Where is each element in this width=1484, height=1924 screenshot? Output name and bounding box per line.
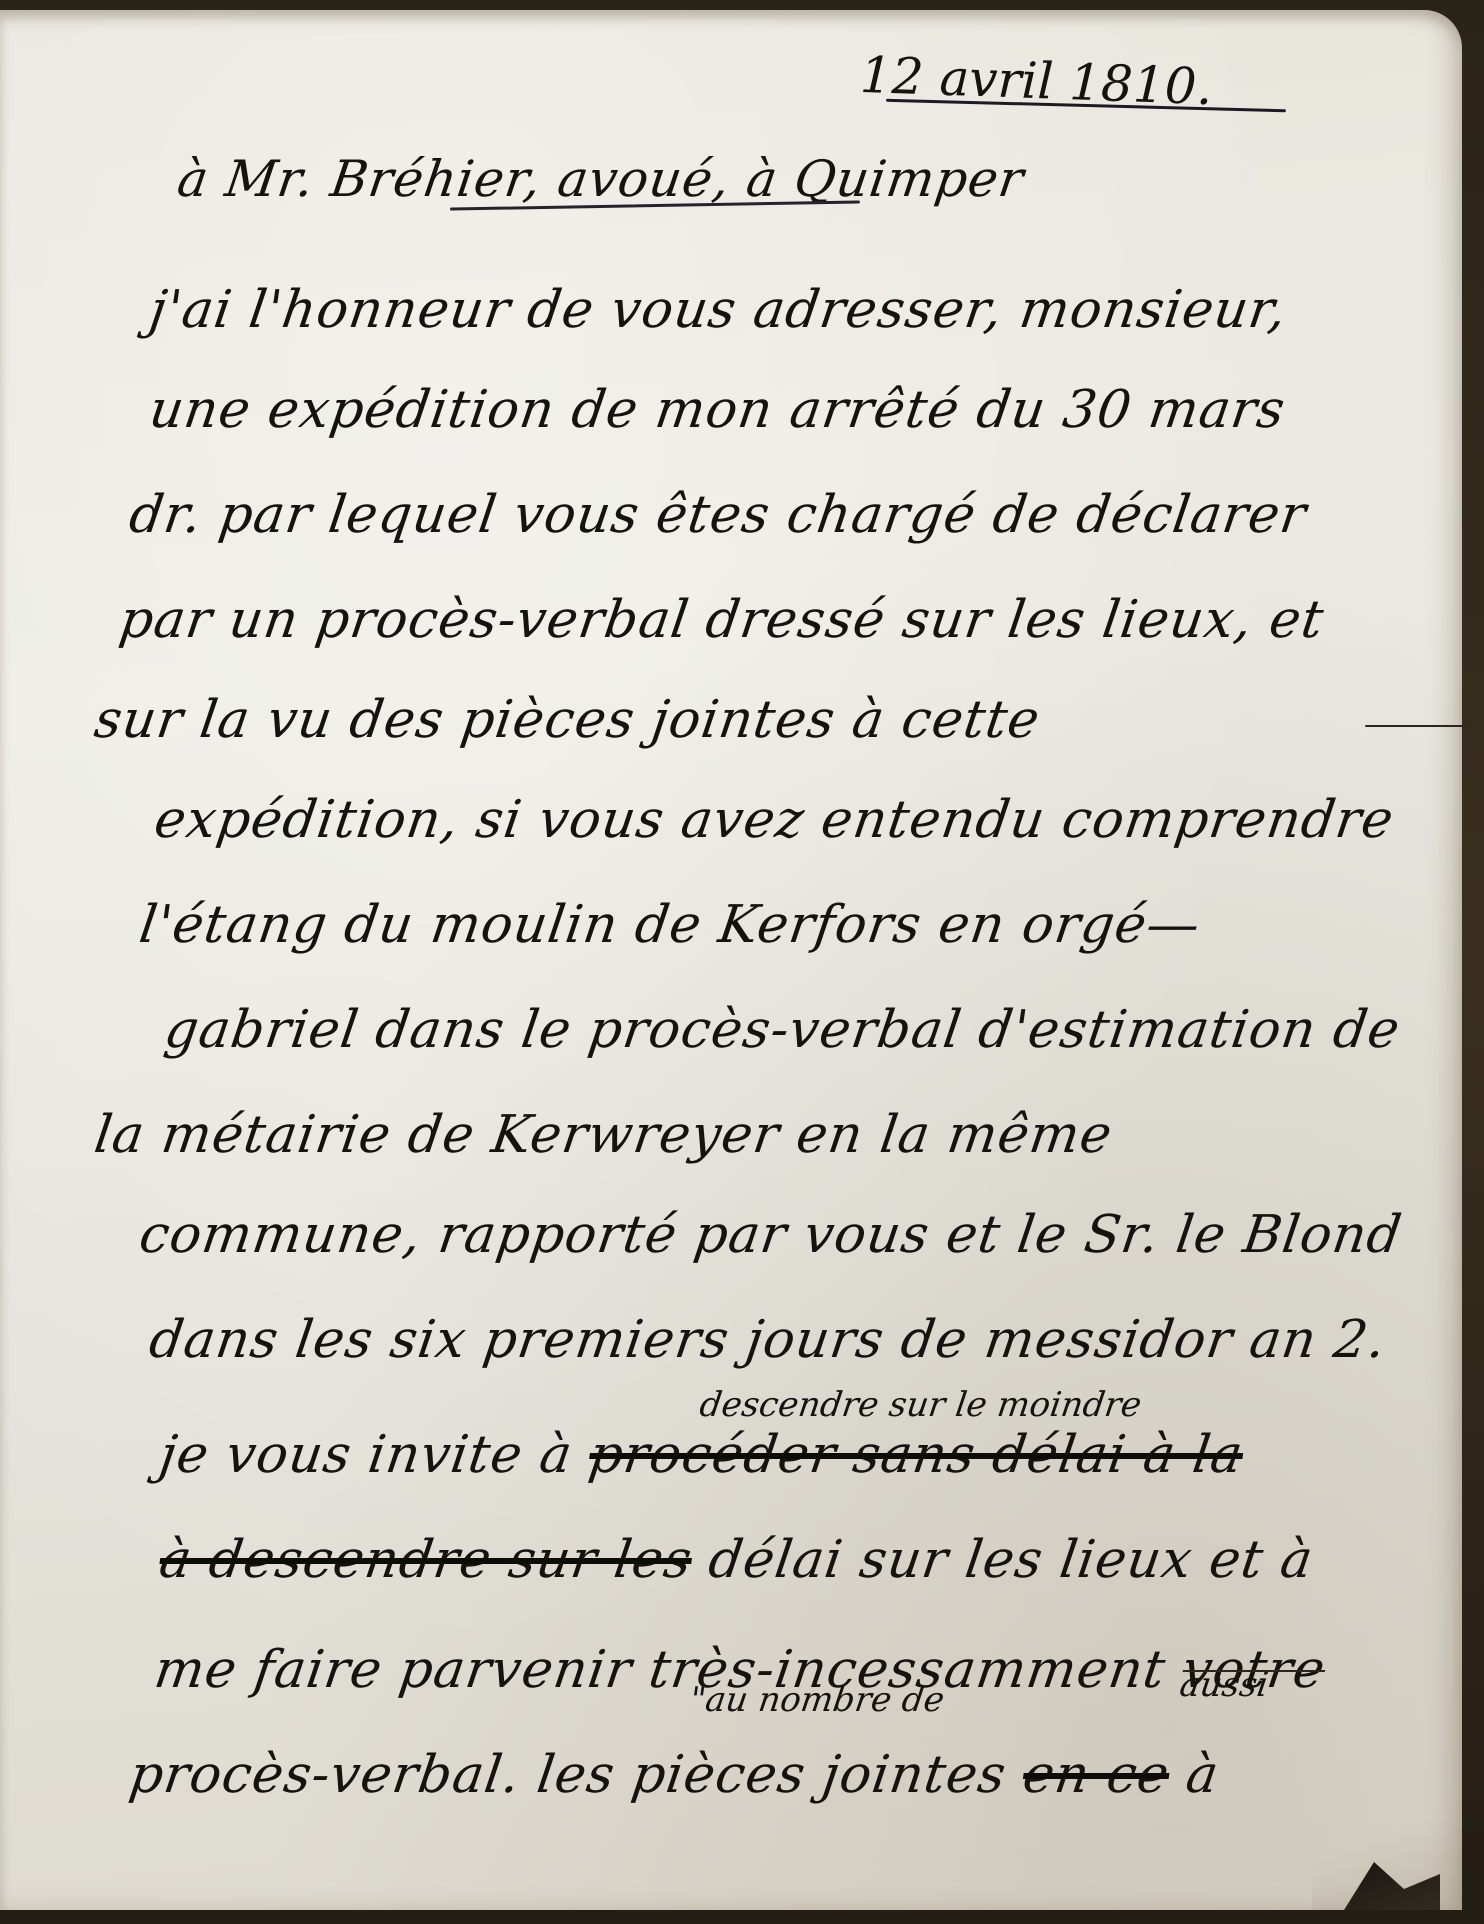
body-line-15-text: procès-verbal. les pièces [126,1745,810,1805]
insertion-aussi: aussi [1177,1665,1271,1705]
body-line-12-text: je vous invite à [156,1425,577,1485]
address-line: à Mr. Bréhier, avoué, à Quimper [174,150,1028,208]
line-end-dash [1365,725,1465,727]
body-line-15: procès-verbal. les pièces jointes en ce … [126,1745,1223,1805]
body-line-6: expédition, si vous avez entendu compren… [151,790,1398,850]
insertion-descendre: descendre sur le moindre [697,1385,1144,1425]
body-line-2: une expédition de mon arrêté du 30 mars [146,380,1289,440]
body-line-5: sur la vu des pièces jointes à cette [91,690,1044,750]
body-line-15-end: à [1182,1745,1222,1805]
body-line-1: j'ai l'honneur de vous adresser, monsieu… [146,280,1291,340]
body-line-3: dr. par lequel vous êtes chargé de décla… [126,485,1311,545]
body-line-7: l'étang du moulin de Kerfors en orgé— [136,895,1204,955]
body-line-10: commune, rapporté par vous et le Sr. le … [136,1205,1406,1265]
insertion-au-nombre-de: "au nombre de [687,1680,947,1720]
handwritten-letter: 12 avril 1810. à Mr. Bréhier, avoué, à Q… [0,0,1462,1900]
body-line-4: par un procès-verbal dressé sur les lieu… [116,590,1328,650]
body-line-12: je vous invite à procéder sans délai à l… [156,1425,1247,1485]
body-line-15-text-after: jointes [819,1745,1010,1805]
body-line-13-text: délai sur les lieux et à [705,1530,1317,1590]
body-line-11: dans les six premiers jours de messidor … [146,1310,1390,1370]
struck-text: à descendre sur les [156,1530,696,1590]
struck-text: en ce [1019,1745,1173,1805]
struck-text: procéder sans délai à la [585,1425,1247,1485]
body-line-13: à descendre sur les délai sur les lieux … [156,1530,1317,1590]
body-line-14-text: me faire parvenir très-incessamment [151,1640,1170,1700]
body-line-9: la métairie de Kerwreyer en la même [91,1105,1116,1165]
body-line-8: gabriel dans le procès-verbal d'estimati… [161,1000,1404,1060]
